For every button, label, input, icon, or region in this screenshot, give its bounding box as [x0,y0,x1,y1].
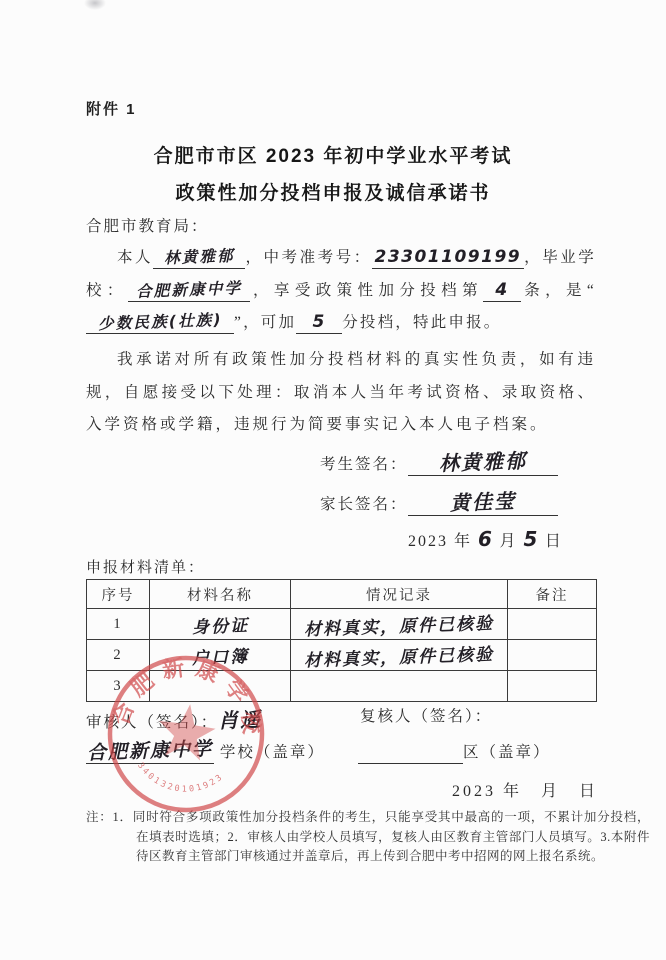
applicant-name-handwriting: 林黄雅郁 [163,246,234,268]
p1-seg7: ”，可加 [234,314,296,331]
row3-record [291,671,508,702]
school-blank: 合肥新康中学 [128,280,250,302]
date-year-label: 2023 年 [408,533,472,550]
district-stamp-blank [358,743,463,764]
scanned-form-page: 附件 1 合肥市市区 2023 年初中学业水平考试 政策性加分投档申报及诚信承诺… [0,0,666,960]
p1-seg2: ，中考准考号： [245,249,372,266]
row2-record: 材料真实，原件已核验 [291,640,508,671]
parent-signature-row: 家长签名：黄佳莹 [320,492,558,516]
student-signature-row: 考生签名：林黄雅郁 [320,452,558,476]
row1-note [508,609,597,640]
date-month-label: 月 [499,533,517,550]
header-record: 情况记录 [291,580,508,609]
form-title-line2: 政策性加分投档申报及诚信承诺书 [0,175,666,212]
materials-header-row: 序号 材料名称 情况记录 备注 [87,580,597,609]
checker-label: 复核人（签名）： [360,708,492,725]
signature-date-row: 2023 年 6 月 5 日 [408,527,563,551]
table-row: 1 身份证 材料真实，原件已核验 [87,609,597,640]
school-handwriting: 合肥新康中学 [135,278,242,302]
row1-no: 1 [87,609,150,640]
row1-material-handwriting: 身份证 [191,611,249,638]
row2-record-handwriting: 材料真实，原件已核验 [304,639,495,671]
materials-caption: 申报材料清单： [86,556,205,577]
attachment-label: 附件 1 [86,98,137,119]
red-school-seal: 合肥新康学校 3401320101923 [89,637,283,831]
row2-note [508,640,597,671]
date-day-handwriting: 5 [523,527,538,551]
category-handwriting: 少数民族(壮族) [97,310,222,334]
row1-material: 身份证 [150,609,291,640]
clause-number-blank: 4 [483,280,521,302]
exam-number-blank: 23301109199 [372,247,524,269]
review-date-line: 2023 年 月 日 [452,778,598,801]
form-title-line1: 合肥市市区 2023 年初中学业水平考试 [0,138,666,175]
p1-quote-open: “ [587,282,596,299]
district-stamp-row: 区（盖章） [358,740,551,764]
category-blank: 少数民族(壮族) [86,312,234,334]
header-material-name: 材料名称 [150,580,291,609]
exam-number-handwriting: 23301109199 [374,247,521,267]
date-day-label: 日 [545,533,563,550]
salutation: 合肥市教育局： [86,214,209,236]
student-signature-blank: 林黄雅郁 [408,452,558,476]
points-handwriting: 5 [313,312,326,332]
scan-smudge [84,0,106,10]
clause-number-handwriting: 4 [495,280,508,300]
row3-note [508,671,597,702]
parent-signature-label: 家长签名： [320,496,408,513]
p1-seg1: 本人 [117,249,153,266]
p1-seg5: 条，是 [521,282,587,299]
parent-signature-handwriting: 黄佳莹 [449,491,516,513]
commitment-paragraph: 我承诺对所有政策性加分投档材料的真实性负责，如有违规，自愿接受以下处理：取消本人… [86,344,596,442]
seal-star-icon [154,700,218,762]
p1-seg8: 分投档，特此申报。 [342,314,501,331]
row1-record-handwriting: 材料真实，原件已核验 [304,608,495,640]
header-no: 序号 [87,580,150,609]
student-signature-handwriting: 林黄雅郁 [438,450,527,473]
p1-seg4: ，享受政策性加分投档第 [250,282,483,299]
student-signature-label: 考生签名： [320,456,408,473]
row1-record: 材料真实，原件已核验 [291,609,508,640]
declaration-paragraph: 本人林黄雅郁，中考准考号：23301109199，毕业学校：合肥新康中学，享受政… [86,242,596,340]
checker-row: 复核人（签名）： [360,704,492,726]
applicant-name-blank: 林黄雅郁 [153,247,245,269]
points-blank: 5 [296,312,342,334]
district-stamp-label: 区（盖章） [463,744,551,761]
form-title: 合肥市市区 2023 年初中学业水平考试 政策性加分投档申报及诚信承诺书 [0,138,666,212]
header-note: 备注 [508,580,597,609]
date-month-handwriting: 6 [478,527,493,551]
seal-number-text: 3401320101923 [132,760,227,801]
parent-signature-blank: 黄佳莹 [408,492,558,516]
